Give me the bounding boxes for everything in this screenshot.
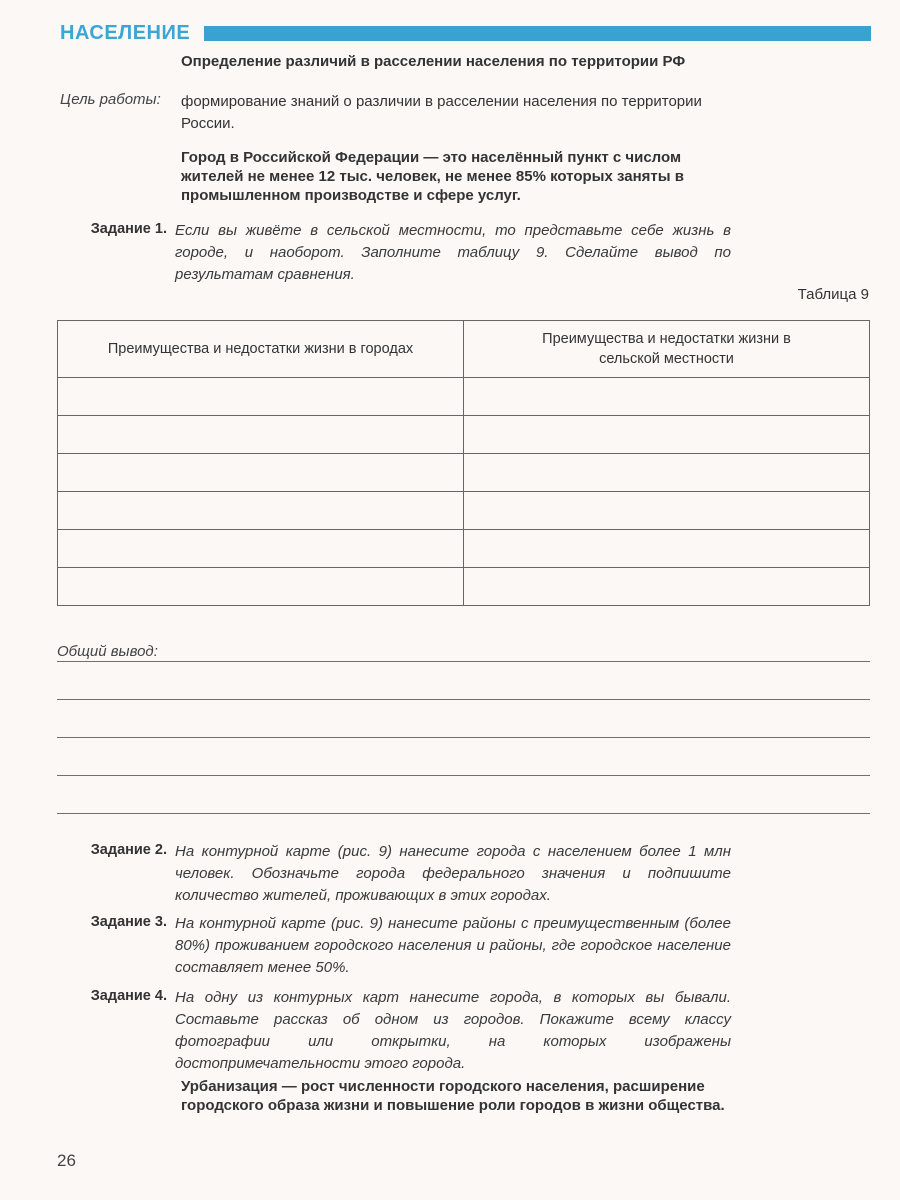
- task-3-text: На контурной карте (рис. 9) нанесите рай…: [175, 913, 731, 979]
- task-1-label: Задание 1.: [57, 221, 167, 237]
- urbanization-definition: Урбанизация — рост численности городског…: [181, 1077, 731, 1115]
- table-header-city: Преимущества и недостатки жизни в города…: [58, 321, 464, 378]
- task-4-label: Задание 4.: [57, 988, 167, 1004]
- page-number: 26: [57, 1151, 76, 1171]
- task-3-label: Задание 3.: [57, 914, 167, 930]
- work-title: Определение различий в расселении населе…: [181, 53, 685, 70]
- answer-line[interactable]: [57, 813, 870, 814]
- city-cell[interactable]: [58, 568, 464, 606]
- summary-label: Общий вывод:: [57, 643, 158, 660]
- table-row: [58, 416, 870, 454]
- rural-cell[interactable]: [464, 568, 870, 606]
- section-title: НАСЕЛЕНИЕ: [60, 22, 190, 45]
- task-2-text: На контурной карте (рис. 9) нанесите гор…: [175, 841, 731, 907]
- comparison-table: Преимущества и недостатки жизни в города…: [57, 320, 870, 606]
- rural-cell[interactable]: [464, 416, 870, 454]
- city-cell[interactable]: [58, 530, 464, 568]
- rural-cell[interactable]: [464, 530, 870, 568]
- table-row: [58, 454, 870, 492]
- table-row: [58, 530, 870, 568]
- rural-cell[interactable]: [464, 378, 870, 416]
- answer-line[interactable]: [57, 775, 870, 776]
- rural-cell[interactable]: [464, 492, 870, 530]
- answer-line[interactable]: [57, 699, 870, 700]
- task-2-label: Задание 2.: [57, 842, 167, 858]
- city-cell[interactable]: [58, 454, 464, 492]
- task-1-text: Если вы живёте в сельской местности, то …: [175, 220, 731, 286]
- table-caption: Таблица 9: [798, 286, 869, 303]
- table-header-rural: Преимущества и недостатки жизни в сельск…: [464, 321, 870, 378]
- table-row: [58, 378, 870, 416]
- section-header-bar: [204, 26, 871, 41]
- city-cell[interactable]: [58, 416, 464, 454]
- city-cell[interactable]: [58, 378, 464, 416]
- goal-label: Цель работы:: [60, 91, 161, 108]
- table-row: [58, 492, 870, 530]
- answer-line[interactable]: [57, 737, 870, 738]
- answer-line[interactable]: [57, 661, 870, 662]
- city-definition: Город в Российской Федерации — это насел…: [181, 148, 731, 205]
- city-cell[interactable]: [58, 492, 464, 530]
- rural-cell[interactable]: [464, 454, 870, 492]
- goal-text: формирование знаний о различии в расселе…: [181, 91, 726, 135]
- task-4-text: На одну из контурных карт нанесите город…: [175, 987, 731, 1075]
- table-header-rural-text: Преимущества и недостатки жизни в сельск…: [517, 329, 817, 369]
- table-row: [58, 568, 870, 606]
